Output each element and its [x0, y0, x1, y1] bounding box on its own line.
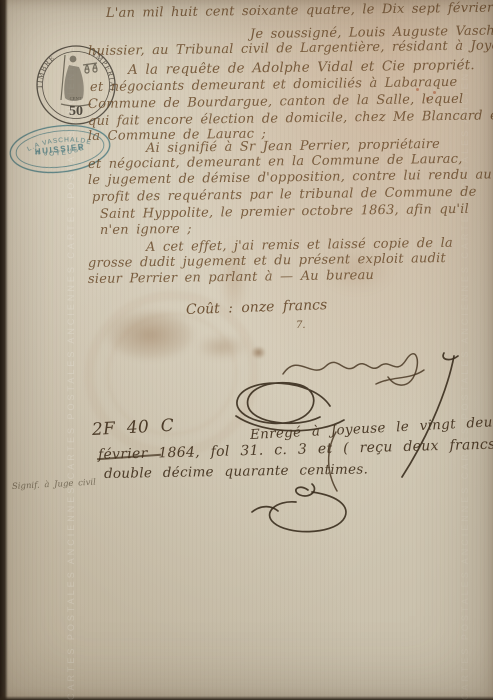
svg-text:TIMBRE: TIMBRE — [35, 53, 57, 89]
manuscript-line: Saint Hyppolite, le premier octobre 1863… — [100, 202, 469, 222]
scan-edge-bottom — [0, 696, 493, 700]
document-page: CARTES POSTALES ANCIENNES CARTES POSTALE… — [0, 0, 493, 700]
manuscript-line: L'an mil huit cent soixante quatre, le D… — [106, 1, 493, 21]
manuscript-line: sieur Perrier en parlant à — Au bureau — [88, 268, 374, 287]
manuscript-line: grosse dudit jugement et du présent expl… — [88, 251, 446, 271]
cost-note: 7. — [296, 320, 306, 331]
scan-edge-left — [0, 0, 8, 700]
registrar-paraphe — [248, 480, 360, 538]
fiscal-stamp-value: 50 — [69, 104, 83, 119]
manuscript-line: huissier, au Tribunal civil de Largentiè… — [88, 38, 493, 59]
fiscal-stamp-unit: CENT. — [70, 96, 83, 101]
manuscript-line: n'en ignore ; — [100, 222, 192, 238]
manuscript-line: qui fait encore élection de domicile, ch… — [88, 108, 493, 129]
registration-line-3: double décime quarante centimes. — [104, 461, 368, 482]
fiscal-stamp-left-text: TIMBRE — [35, 53, 57, 89]
ledger-slash-stroke — [396, 350, 468, 480]
signature-vaschalde — [278, 336, 430, 388]
margin-note: Signif. à Juge civil — [12, 478, 96, 492]
